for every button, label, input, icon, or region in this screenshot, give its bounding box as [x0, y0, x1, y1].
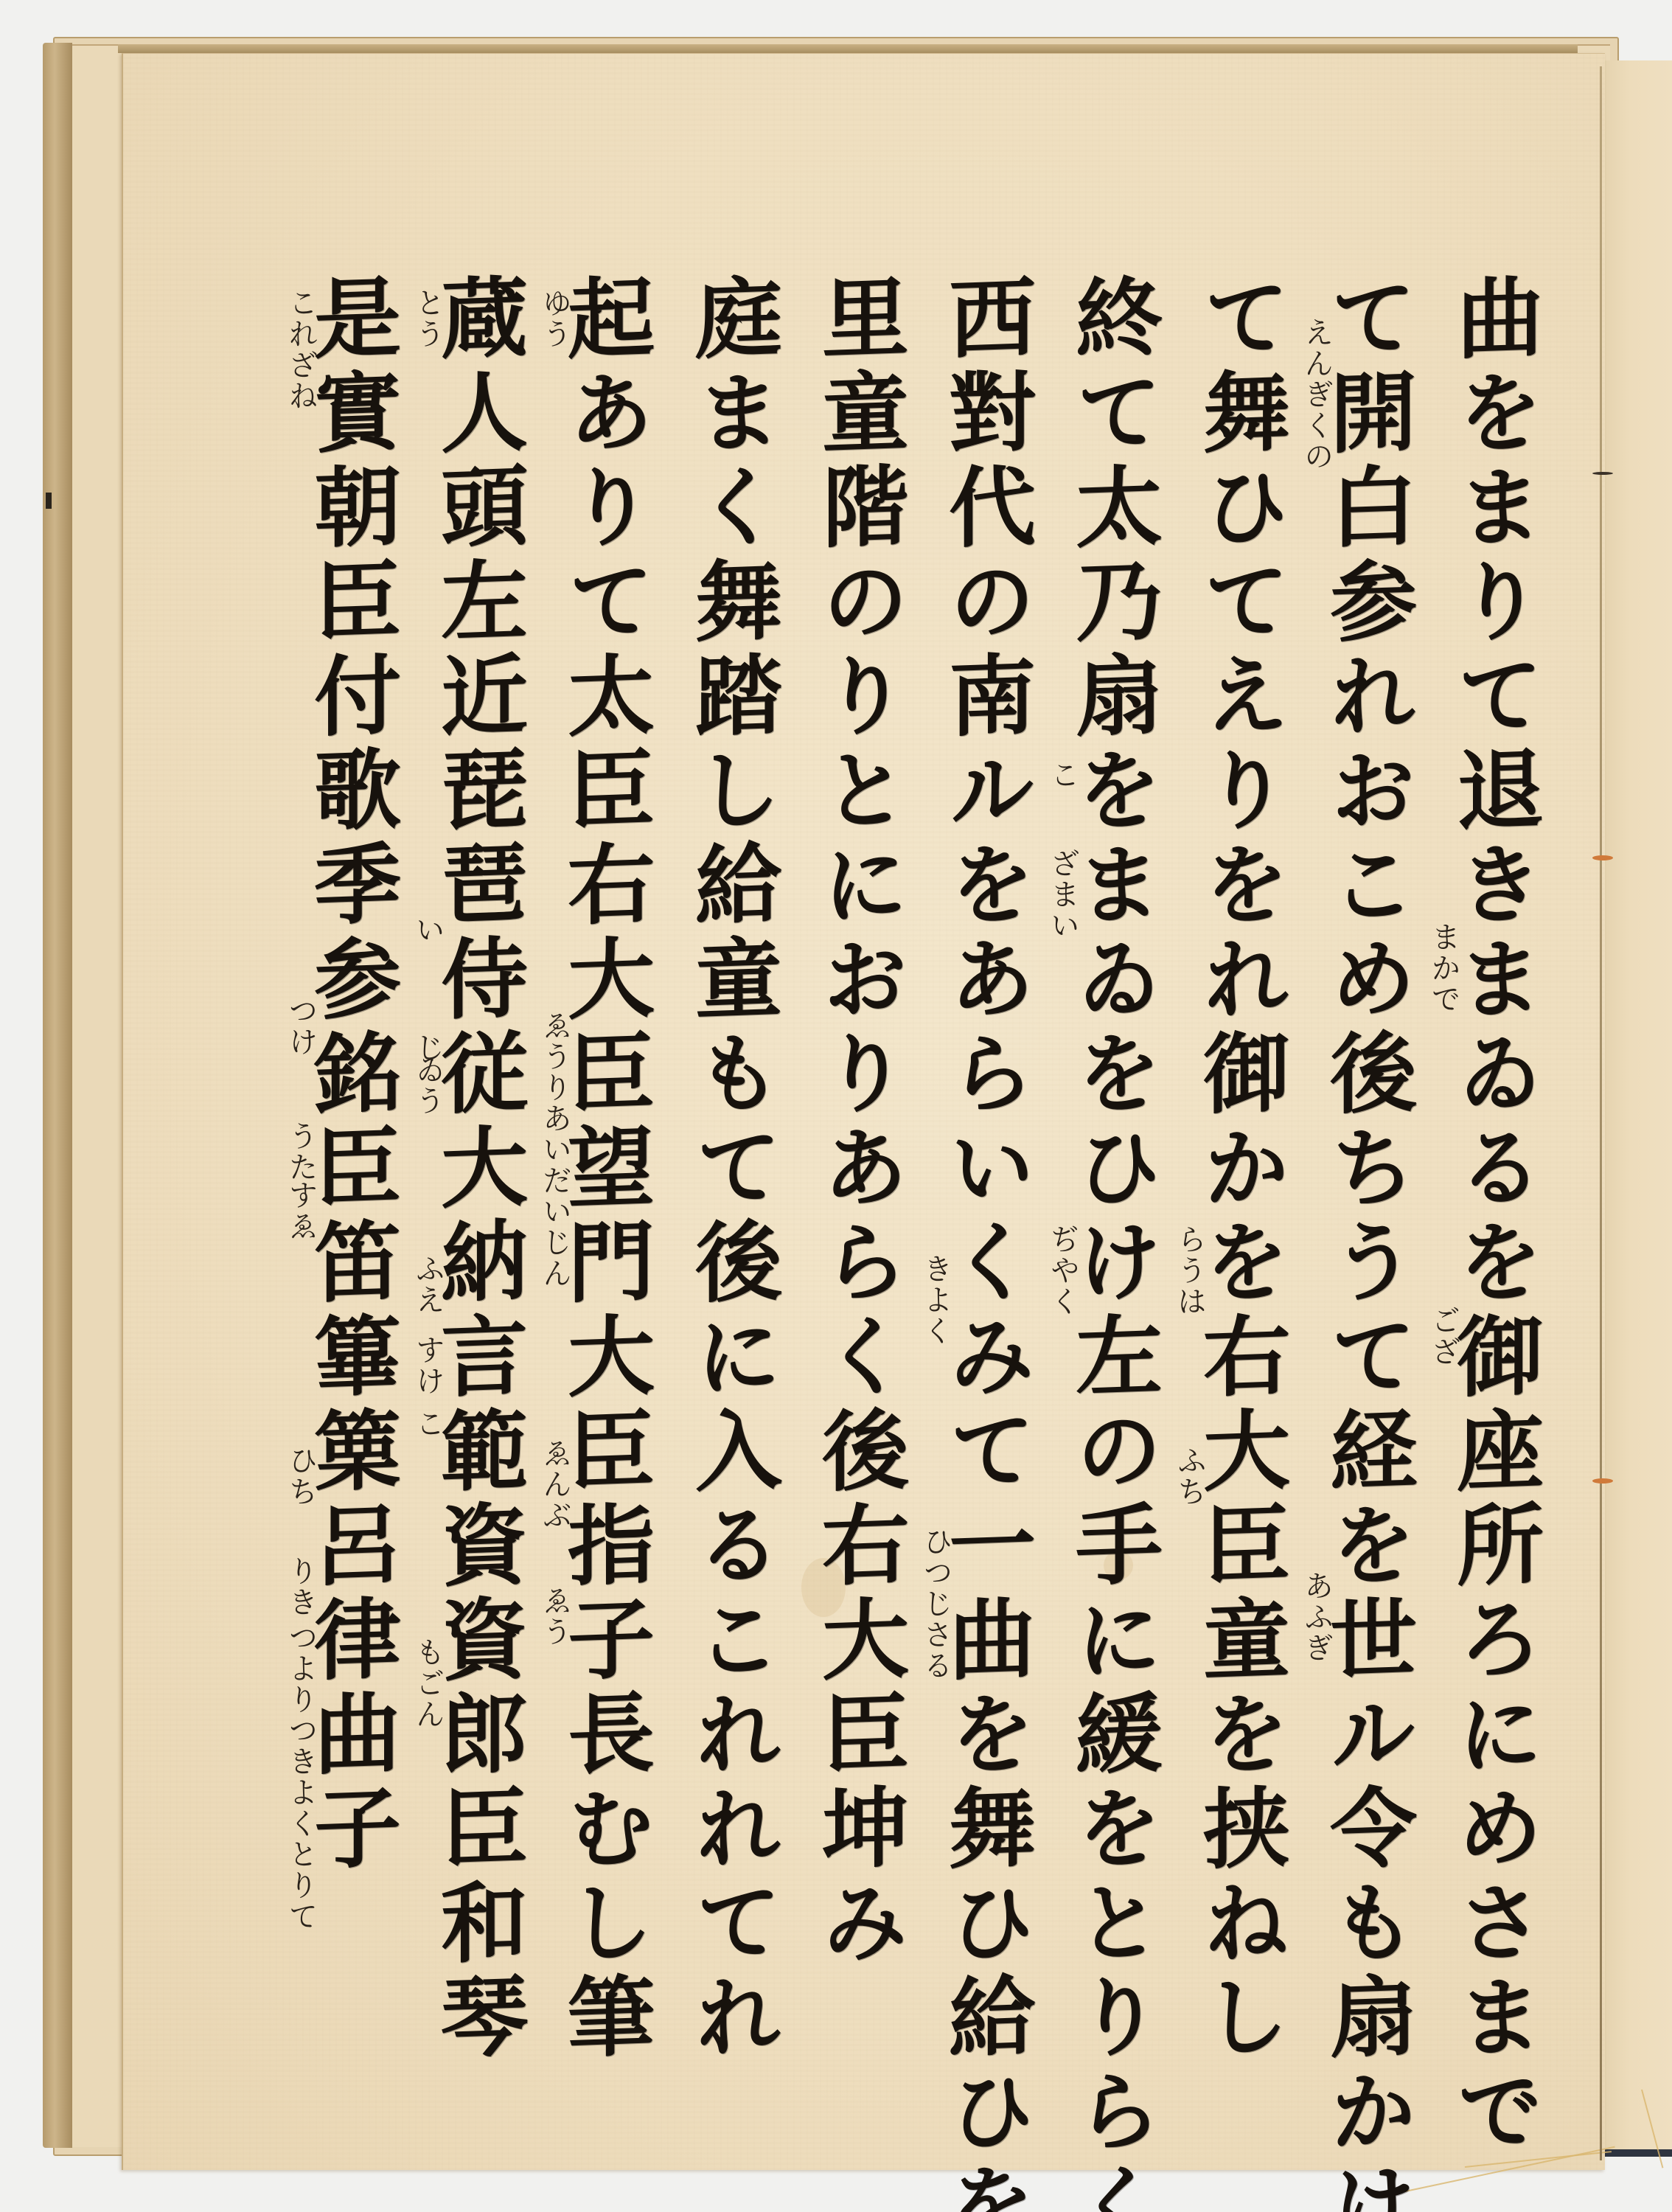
- column-text: 庭まく舞踏し給童もて後に入るこれれてれ: [676, 271, 787, 1970]
- furigana: ざまい: [1042, 848, 1084, 941]
- text-column-8: 起ありて太臣右大臣望門大臣指子長むし筆 ゆう ゑうりあいだいじん ゑんぶ ゑう: [534, 273, 659, 1969]
- binding-thread-icon: [1592, 1478, 1613, 1484]
- text-column-4: 終て太乃扇をまゐをひけ左の手に緩をとりらく こ ざまい ぢやく: [1042, 273, 1167, 1969]
- book-photograph: 曲をまりて退きまゐるを御座所ろにめさまで まかで ござ て開白参れおこめ後ちうて…: [0, 0, 1672, 2212]
- text-column-6: 里童階のりとにおりあらく後右大臣坤み: [788, 273, 913, 1969]
- furigana: らうは: [1169, 1224, 1211, 1317]
- furigana: ござ: [1423, 1305, 1465, 1367]
- furigana: すけ: [407, 1335, 449, 1397]
- furigana: とう: [407, 288, 449, 349]
- furigana: ふえ: [407, 1253, 449, 1315]
- text-column-2: て開白参れおこめ後ちうて経を世ル令も扇かけ えんぎくの あふぎ: [1296, 273, 1421, 1969]
- furigana-track: まかで ござ: [1423, 273, 1438, 1969]
- furigana: ひつじさる: [915, 1526, 957, 1681]
- text-column-5: 西對代の南ルをあらいくみて一曲を舞ひ給ひを きよく ひつじさる: [915, 273, 1040, 1969]
- furigana-track: これざね つけ うた すゑ ひち りき つよりつきよくとりて: [280, 273, 295, 1969]
- furigana-track: [788, 273, 803, 1969]
- furigana: ゆう: [534, 288, 576, 349]
- furigana: まかで: [1423, 922, 1465, 1015]
- furigana: ぢやく: [1042, 1224, 1084, 1317]
- text-column-7: 庭まく舞踏し給童もて後に入るこれれてれ: [661, 273, 787, 1969]
- furigana: りき: [280, 1556, 322, 1618]
- furigana: これざね: [280, 288, 322, 411]
- page-stack-top-edge: [118, 44, 1578, 53]
- furigana: つけ: [280, 995, 322, 1057]
- furigana: きよく: [915, 1253, 957, 1346]
- furigana: すゑ: [280, 1180, 322, 1242]
- text-block: 曲をまりて退きまゐるを御座所ろにめさまで まかで ござ て開白参れおこめ後ちうて…: [280, 273, 1548, 1969]
- furigana-track: とう い じ ゐう ふえ すけ こ もごん: [407, 273, 422, 1969]
- furigana: あふぎ: [1296, 1571, 1338, 1663]
- furigana-track: らうは ふち: [1169, 273, 1184, 1969]
- furigana-track: こ ざまい ぢやく: [1042, 273, 1056, 1969]
- column-text: 里童階のりとにおりあらく後右大臣坤み: [803, 271, 913, 1970]
- text-column-10: 是實朝臣付歌季参銘臣笛篳篥呂律曲子 これざね つけ うた すゑ ひち りき つよ…: [280, 273, 405, 1969]
- text-column-3: て舞ひてえりをれ御かを右大臣童を挟ねし らうは ふち: [1169, 273, 1295, 1969]
- furigana: えんぎくの: [1296, 317, 1338, 472]
- column-text: 終て太乃扇をまゐをひけ左の手に緩をとりらく: [1056, 271, 1167, 1970]
- facing-page: [1602, 60, 1672, 2154]
- text-column-9: 蔵人頭左近琵琶侍従大納言範資資郎臣和琴 とう い じ ゐう ふえ すけ こ もご…: [407, 273, 532, 1969]
- furigana: ひち: [280, 1445, 322, 1507]
- binding-thread-icon: [1592, 855, 1613, 860]
- furigana: い: [407, 914, 449, 945]
- cover-edge-mark: [46, 493, 52, 509]
- furigana-track: きよく ひつじさる: [915, 273, 930, 1969]
- furigana-track: えんぎくの あふぎ: [1296, 273, 1311, 1969]
- binding-fold: [1600, 66, 1602, 2160]
- furigana-track: [661, 273, 676, 1969]
- column-text: て舞ひてえりをれ御かを右大臣童を挟ねし: [1184, 271, 1295, 1970]
- furigana: つよりつきよくとりて: [280, 1622, 322, 1932]
- furigana: ゑんぶ: [534, 1438, 576, 1531]
- furigana: もごん: [407, 1637, 449, 1730]
- furigana: うた: [280, 1121, 322, 1183]
- furigana: ゑう: [534, 1585, 576, 1647]
- furigana: こ: [1042, 759, 1084, 790]
- furigana-track: ゆう ゑうりあいだいじん ゑんぶ ゑう: [534, 273, 548, 1969]
- book-cover-edge: [43, 43, 72, 2148]
- column-text: 曲をまりて退きまゐるを御座所ろにめさまで: [1438, 271, 1548, 1970]
- furigana: ゐう: [407, 1054, 449, 1116]
- furigana: ゑうりあいだいじん: [534, 1010, 576, 1289]
- column-text: て開白参れおこめ後ちうて経を世ル令も扇かけ: [1311, 271, 1421, 1970]
- furigana: こ: [407, 1408, 449, 1439]
- text-column-1: 曲をまりて退きまゐるを御座所ろにめさまで まかで ござ: [1423, 273, 1548, 1969]
- furigana: ふち: [1169, 1445, 1211, 1507]
- column-text: 西對代の南ルをあらいくみて一曲を舞ひ給ひを: [930, 271, 1040, 1970]
- binding-thread-icon: [1592, 472, 1613, 475]
